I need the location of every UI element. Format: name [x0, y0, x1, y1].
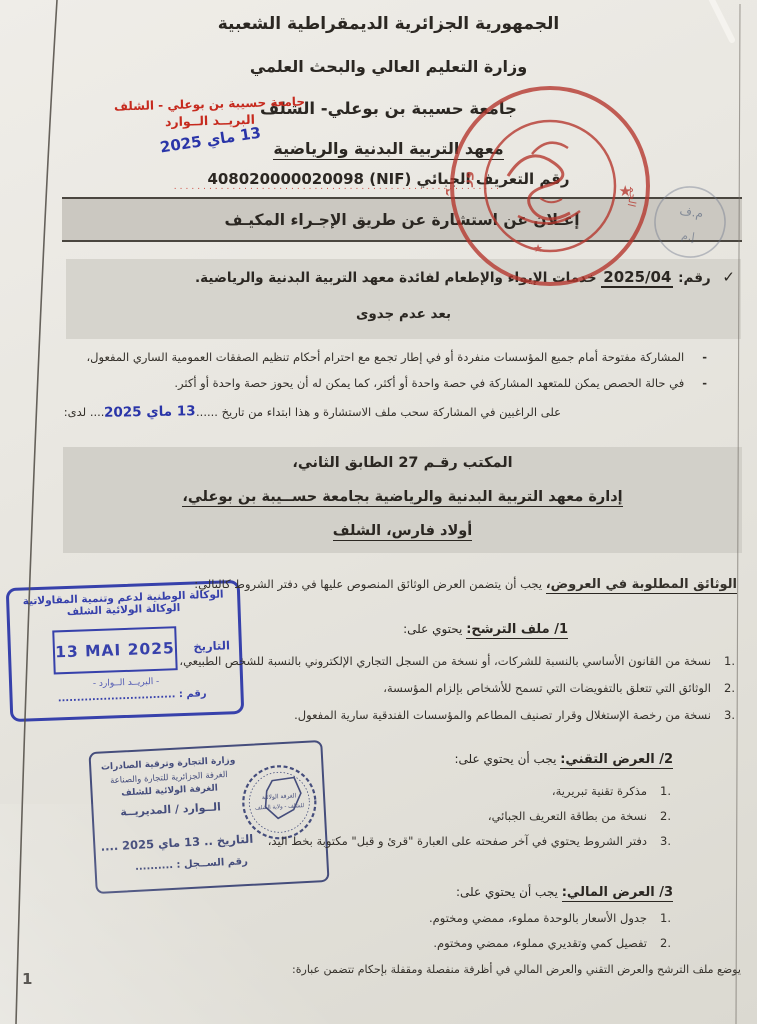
institute-address-line: إدارة معهد التربية البدنية والرياضية بجا…: [63, 489, 742, 505]
dash-bullet-icon: -: [702, 350, 707, 364]
republic-title: الجمهورية الجزائرية الديمقراطية الشعبية: [30, 14, 747, 34]
candidacy-file-heading: 1/ ملف الترشح: يحتوي على:: [403, 622, 568, 637]
financial-item: 1.جدول الأسعار بالوحدة مملوء، ممضي ومختو…: [429, 911, 671, 925]
after-no-result-note: بعد عدم جدوى: [66, 306, 741, 322]
technical-item: 1.مذكرة تقنية تبريرية،: [552, 784, 671, 798]
incoming-mail-stamp: جامعة حسيبة بن بوعلي - الشلف البريــد ال…: [84, 94, 335, 153]
condition-bullet-1: -المشاركة مفتوحة أمام جميع المؤسسات منفر…: [86, 350, 707, 364]
commerce-stamp-date: التاريخ .. 13 ماي 2025 ....: [101, 832, 254, 854]
seal-star-bottom-icon: ★: [533, 242, 543, 255]
emblem-text-1: الغرفة الولائية: [262, 792, 297, 801]
required-documents-heading: الوثائق المطلوبة في العروض، يجب أن يتضمن…: [194, 577, 737, 592]
reference-text: خدمات الإيواء والإطعام لفائدة معهد الترب…: [195, 270, 597, 286]
withdraw-date-stamp: 13 ماي 2025: [104, 403, 196, 421]
technical-item: 2.نسخة من بطاقة التعريف الجبائي،: [488, 809, 671, 823]
tax-id-line: رقم التعريف الجبائي (NIF) 40802000002009…: [30, 170, 747, 188]
page-number: 1: [22, 970, 32, 988]
commerce-stamp-registry: رقم الســجل : ..........: [116, 855, 266, 874]
faint-seal-text-1: م.ف: [679, 204, 704, 221]
candidacy-item: 2.الوثائق التي تتعلق بالتفويضات التي تسم…: [383, 681, 735, 695]
commerce-chamber-stamp: وزارة التجارة وترقية الصادرات الغرفة الج…: [88, 740, 329, 894]
reference-line: ✓ رقم: 2025/04 خدمات الإيواء والإطعام لف…: [195, 268, 735, 286]
dash-bullet-icon: -: [702, 376, 707, 390]
anade-date-label: التاريخ: [193, 638, 230, 653]
reference-label: رقم:: [678, 270, 711, 286]
financial-offer-heading: 3/ العرض المالي: يجب أن يحتوي على:: [456, 885, 673, 900]
scanned-document-page: إعـلان عن استشارة عن طريق الإجـراء المكي…: [0, 0, 757, 1024]
financial-item: 2.تفصيل كمي وتقديري مملوء، ممضي ومختوم.: [433, 936, 671, 950]
address-band: المكتب رقـم 27 الطابق الثاني، إدارة معهد…: [63, 447, 742, 553]
commerce-stamp-text: وزارة التجارة وترقية الصادرات الغرفة الج…: [97, 754, 242, 821]
anade-number-line: رقم : ...............................: [20, 688, 206, 705]
notice-band: ✓ رقم: 2025/04 خدمات الإيواء والإطعام لف…: [66, 259, 741, 339]
checkmark-icon: ✓: [722, 268, 735, 286]
reference-number: 2025/04: [601, 268, 673, 288]
candidacy-item: 1.نسخة من القانون الأساسي بالنسبة للشركا…: [179, 654, 735, 668]
ministry-title: وزارة التعليم العالي والبحث العلمي: [30, 57, 747, 76]
faint-seal-text-2: إ.م: [680, 229, 695, 244]
city-line: أولاد فارس، الشلف: [63, 523, 742, 539]
technical-item: 3.دفتر الشروط يحتوي في آخر صفحته على الع…: [268, 834, 671, 848]
technical-offer-heading: 2/ العرض التقني: يجب أن يحتوي على:: [454, 752, 673, 767]
office-line: المكتب رقـم 27 الطابق الثاني،: [63, 455, 742, 471]
withdraw-file-line: على الراغبين في المشاركة سحب ملف الاستشا…: [64, 404, 561, 420]
candidacy-item: 3.نسخة من رخصة الإستغلال وقرار تصنيف الم…: [294, 708, 735, 722]
anade-date-box: 13 MAI 2025: [52, 626, 177, 674]
announcement-title-bar: إعـلان عن استشارة عن طريق الإجـراء المكي…: [62, 197, 742, 242]
emblem-text-2: للشلف - ولاية الشلف: [255, 803, 305, 812]
anade-stamp: الوكالة الوطنية لدعم وتنمية المقاولاتية …: [6, 580, 245, 722]
condition-bullet-2: -في حالة الحصص يمكن للمتعهد المشاركة في …: [174, 376, 707, 390]
faint-registry-seal: م.ف إ.م: [645, 177, 735, 267]
announcement-title: إعـلان عن استشارة عن طريق الإجـراء المكي…: [224, 211, 579, 229]
envelopes-closing-line: يوضع ملف الترشح والعرض التقني والعرض الم…: [292, 963, 741, 976]
